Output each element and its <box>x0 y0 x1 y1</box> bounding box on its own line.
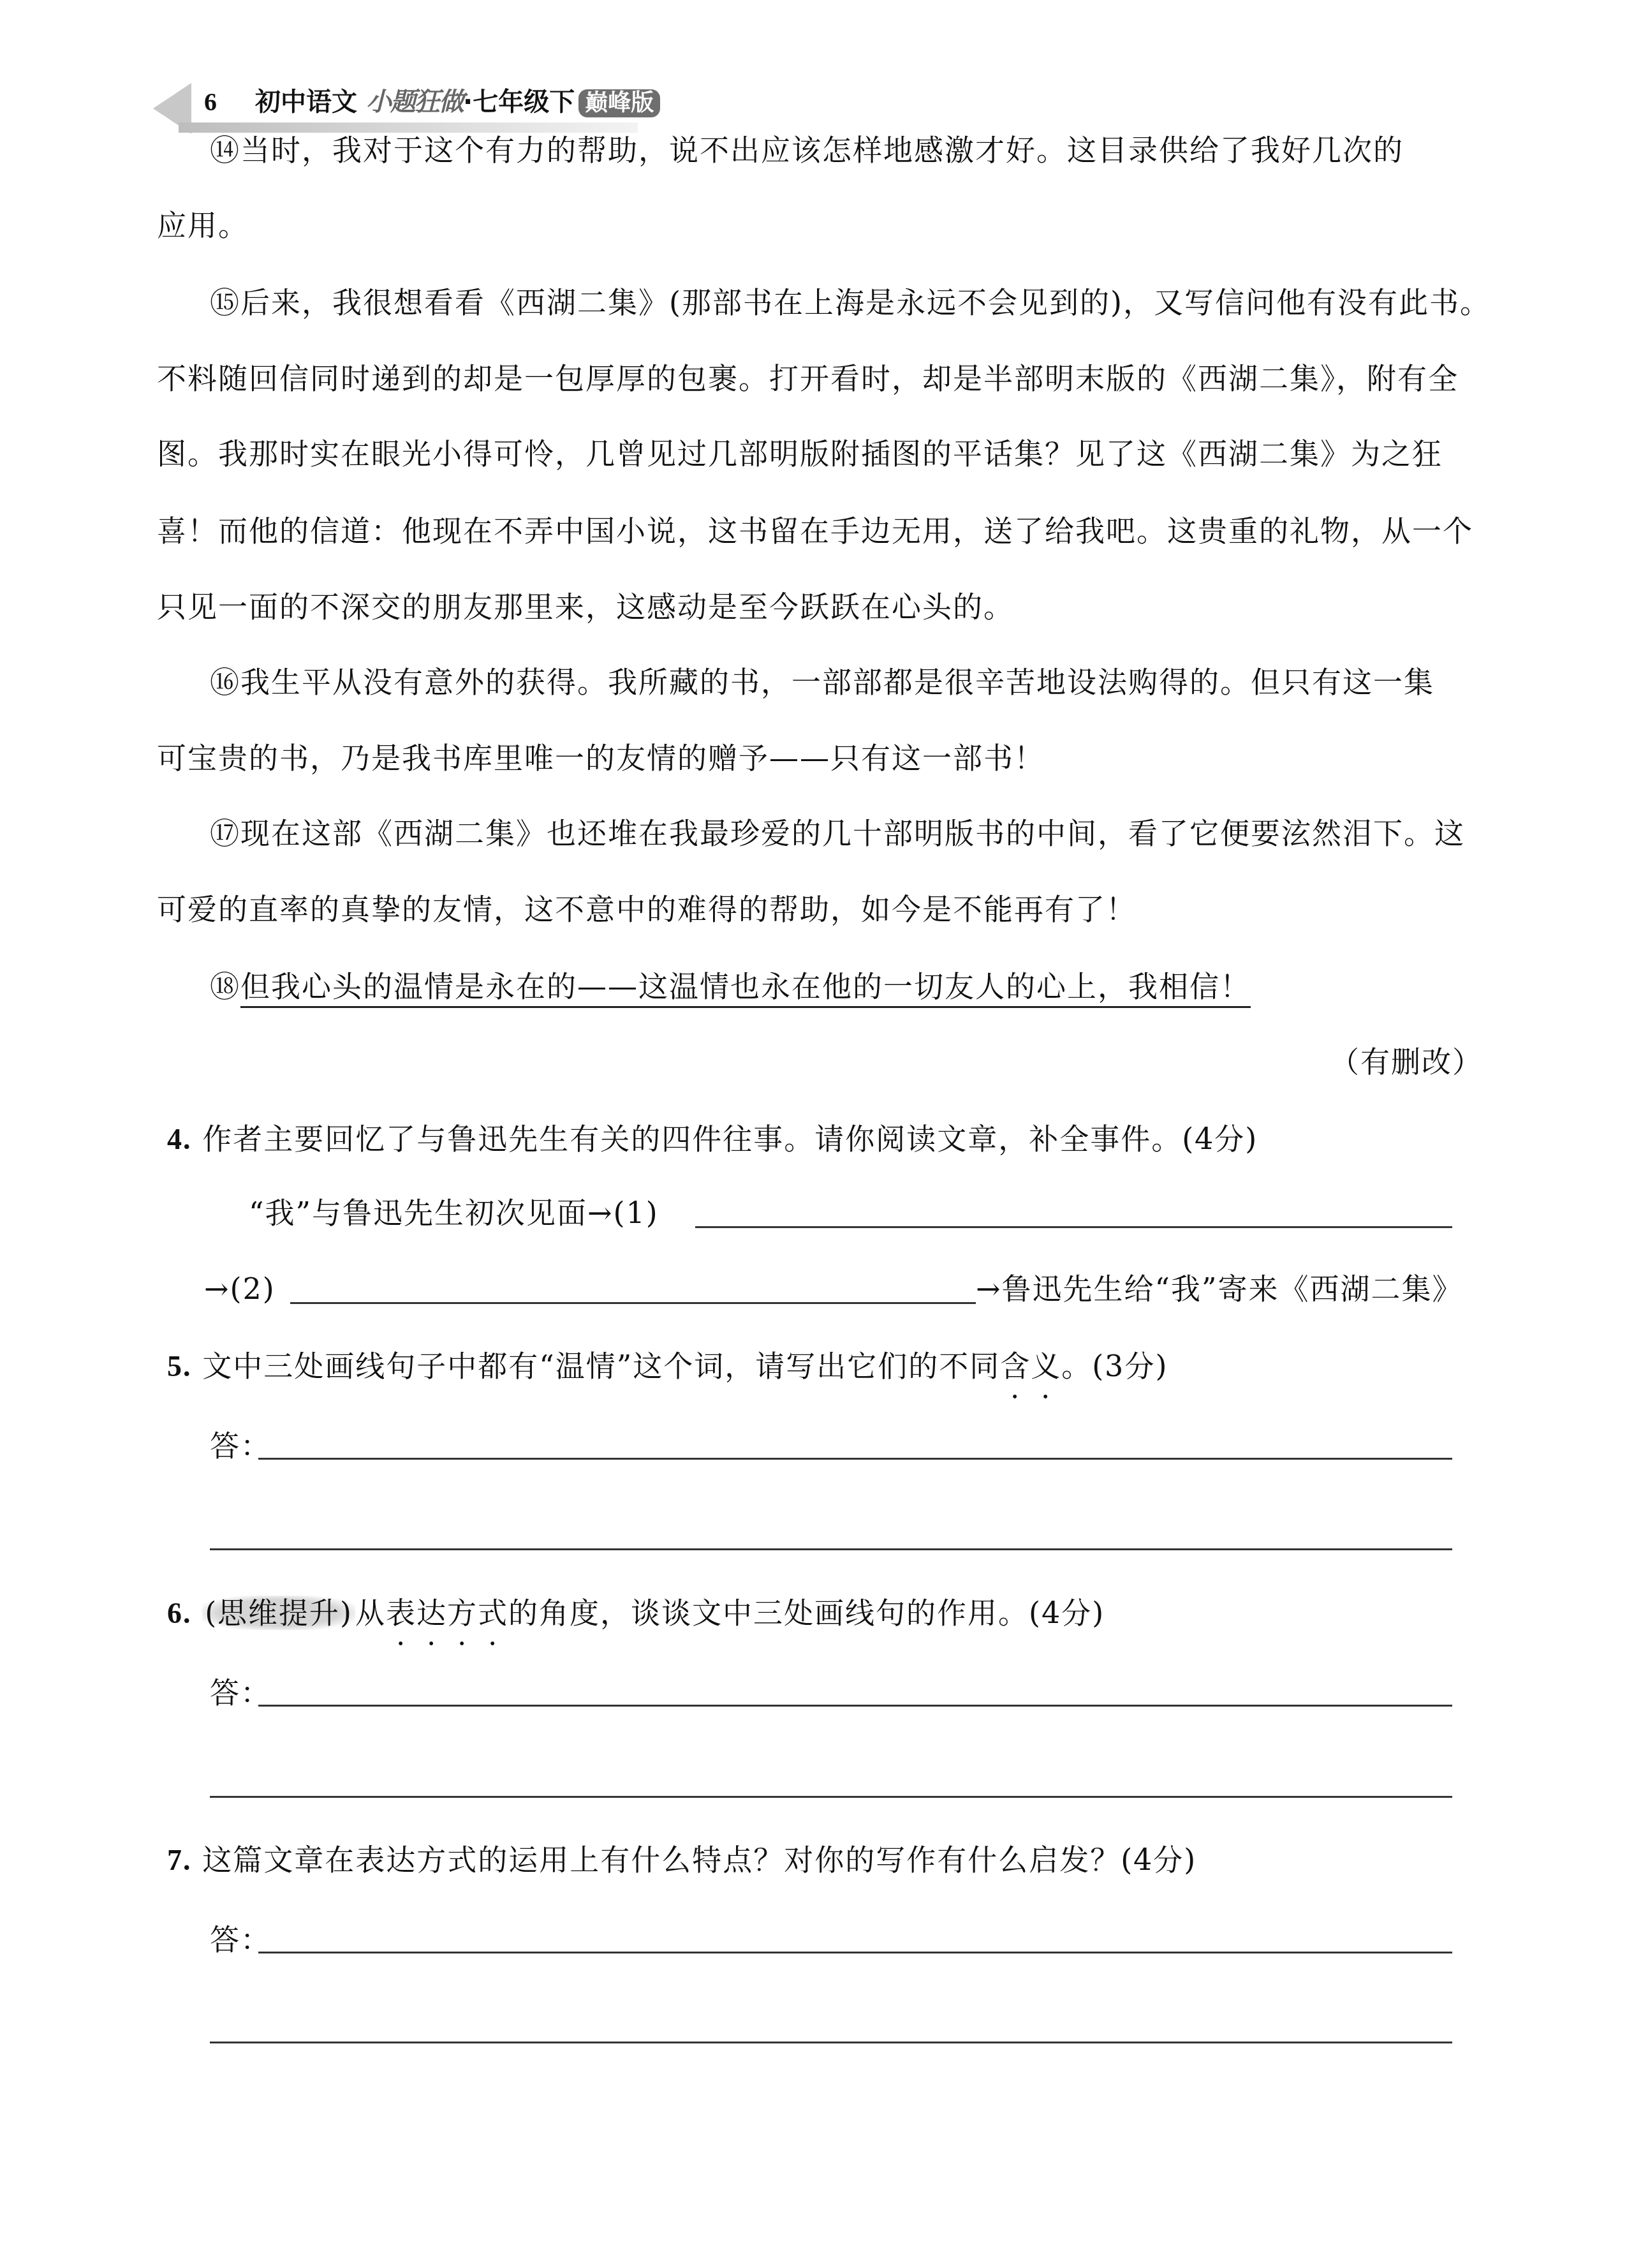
question-text: 从 <box>355 1596 386 1630</box>
title-suffix: ·七年级下 <box>463 87 575 117</box>
paragraph-17-line-1: ⑰现在这部《西湖二集》也还堆在我最珍爱的几十部明版书的中间，看了它便要泫然泪下。… <box>210 814 1465 852</box>
question-number: 7. <box>167 1844 192 1876</box>
question-4: 4. 作者主要回忆了与鲁迅先生有关的四件往事。请你阅读文章，补全事件。(4分) <box>167 1120 1258 1159</box>
q4-answer-blank-2[interactable] <box>290 1302 976 1304</box>
paragraph-16-line-2: 可宝贵的书，乃是我书库里唯一的友情的赠予——只有这一部书！ <box>157 739 1045 777</box>
q7-answer-line-2[interactable] <box>210 2042 1452 2043</box>
paragraph-15-line-1: ⑮后来，我很想看看《西湖二集》(那部书在上海是永远不会见到的)，又写信问他有没有… <box>210 283 1491 322</box>
emphasis-char: 含 <box>1000 1349 1031 1383</box>
emphasis-char: 义 <box>1031 1349 1061 1383</box>
q5-answer-line-2[interactable] <box>210 1548 1452 1550</box>
question-text: 这篇文章在表达方式的运用上有什么特点？对你的写作有什么启发？(4分) <box>202 1842 1196 1877</box>
paragraph-18: ⑱但我心头的温情是永在的——这温情也永在他的一切友人的心上，我相信！ <box>210 967 1251 1005</box>
paragraph-18-number: ⑱ <box>210 969 240 1004</box>
question-6: 6. (思维提升)从表达方式的角度，谈谈文中三处画线句的作用。(4分) <box>167 1594 1105 1633</box>
q7-answer-line-1[interactable] <box>258 1952 1452 1953</box>
paragraph-15-line-4: 喜！而他的信道：他现在不弄中国小说，这书留在手边无用，送了给我吧。这贵重的礼物，… <box>157 512 1473 550</box>
source-note: （有删改） <box>1330 1042 1483 1081</box>
emphasis-char: 达 <box>416 1596 447 1630</box>
edition-badge: 巅峰版 <box>578 89 660 117</box>
book-title: 初中语文 小题狂做·七年级下巅峰版 <box>255 83 660 121</box>
title-prefix: 初中语文 <box>255 87 357 117</box>
question-number: 5. <box>167 1350 192 1382</box>
q4-event-2-prefix: →(2) <box>204 1270 276 1308</box>
q4-event-1-prefix: “我”与鲁迅先生初次见面→(1) <box>249 1194 659 1232</box>
question-text-rest: 的角度，谈谈文中三处画线句的作用。(4分) <box>508 1596 1105 1630</box>
question-number: 4. <box>167 1123 192 1155</box>
paragraph-15-line-2: 不料随回信同时递到的却是一包厚厚的包裹。打开看时，却是半部明末版的《西湖二集》，… <box>157 359 1459 397</box>
question-points: 。(3分) <box>1061 1349 1168 1383</box>
underlined-sentence: 但我心头的温情是永在的——这温情也永在他的一切友人的心上，我相信！ <box>240 969 1251 1008</box>
q6-answer-line-1[interactable] <box>258 1705 1452 1707</box>
paragraph-16-line-1: ⑯我生平从没有意外的获得。我所藏的书，一部部都是很辛苦地设法购得的。但只有这一集 <box>210 663 1434 701</box>
paragraph-14-line-1: ⑭当时，我对于这个有力的帮助，说不出应该怎样地感激才好。这目录供给了我好几次的 <box>210 131 1404 169</box>
question-number: 6. <box>167 1597 192 1629</box>
thinking-tag-badge: (思维提升) <box>202 1596 355 1630</box>
brand-logo: 小题狂做 <box>366 87 463 117</box>
paragraph-15-line-3: 图。我那时实在眼光小得可怜，几曾见过几部明版附插图的平话集？见了这《西湖二集》为… <box>157 434 1443 473</box>
page-number: 6 <box>204 83 217 121</box>
q4-answer-blank-1[interactable] <box>695 1226 1452 1228</box>
q4-event-4: →鲁迅先生给“我”寄来《西湖二集》 <box>976 1270 1463 1308</box>
question-7: 7. 这篇文章在表达方式的运用上有什么特点？对你的写作有什么启发？(4分) <box>167 1841 1196 1879</box>
paragraph-15-line-5: 只见一面的不深交的朋友那里来，这感动是至今跃跃在心头的。 <box>157 588 1014 626</box>
question-5: 5. 文中三处画线句子中都有“温情”这个词，请写出它们的不同含义。(3分) <box>167 1347 1168 1386</box>
q6-answer-line-2[interactable] <box>210 1796 1452 1798</box>
emphasis-char: 表 <box>386 1596 416 1630</box>
question-text: 文中三处画线句子中都有“温情”这个词，请写出它们的不同 <box>202 1349 1000 1383</box>
emphasis-char: 方 <box>447 1596 478 1630</box>
question-text: 作者主要回忆了与鲁迅先生有关的四件往事。请你阅读文章，补全事件。(4分) <box>202 1122 1258 1156</box>
emphasis-char: 式 <box>478 1596 508 1630</box>
q5-answer-line-1[interactable] <box>258 1458 1452 1460</box>
paragraph-17-line-2: 可爱的直率的真挚的友情，这不意中的难得的帮助，如今是不能再有了！ <box>157 890 1137 928</box>
paragraph-14-line-2: 应用。 <box>157 206 249 244</box>
